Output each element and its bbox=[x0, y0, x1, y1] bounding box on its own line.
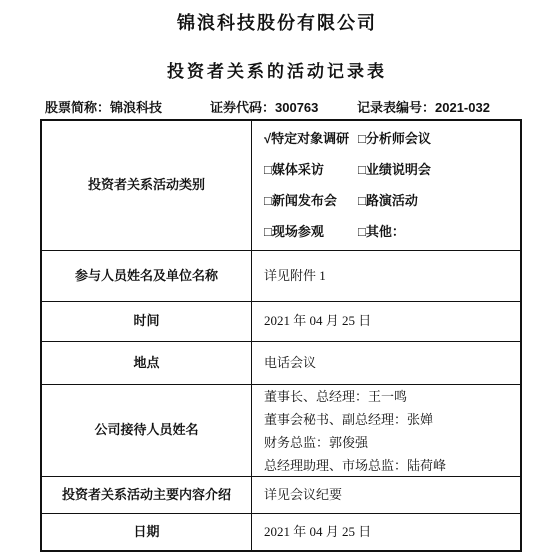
company-title: 锦浪科技股份有限公司 bbox=[0, 9, 554, 35]
checkbox-unchecked-mark: □ bbox=[264, 191, 272, 211]
row-date: 日期 2021 年 04 月 25 日 bbox=[42, 514, 520, 550]
stock-name: 股票简称：锦浪科技 bbox=[45, 97, 162, 116]
row-value: 董事长、总经理：王一鸣 董事会秘书、副总经理：张婵 财务总监：郭俊强 总经理助理… bbox=[252, 385, 520, 476]
checkbox-unchecked-mark: □ bbox=[264, 160, 272, 180]
row-label: 公司接待人员姓名 bbox=[42, 385, 252, 476]
checkbox-option-label: 其他： bbox=[366, 222, 405, 242]
record-number-value: 2021-032 bbox=[435, 100, 490, 115]
checkbox-unchecked-mark: □ bbox=[358, 160, 366, 180]
checkbox-unchecked-mark: □ bbox=[358, 222, 366, 242]
checkbox-line: □新闻发布会 □路演活动 bbox=[264, 186, 512, 217]
row-label: 投资者关系活动主要内容介绍 bbox=[42, 477, 252, 513]
row-activity-type: 投资者关系活动类别 √特定对象调研 □分析师会议 □媒体采访 □业绩说明会 □新… bbox=[42, 121, 520, 251]
checkbox-option-label: 新闻发布会 bbox=[272, 191, 337, 211]
row-label: 参与人员姓名及单位名称 bbox=[42, 251, 252, 301]
participants-value: 详见附件 1 bbox=[264, 266, 512, 286]
checkbox-option: □媒体采访 bbox=[264, 160, 358, 180]
checkbox-option: □路演活动 bbox=[358, 191, 418, 211]
row-label: 时间 bbox=[42, 302, 252, 341]
checkbox-option-label: 特定对象调研 bbox=[271, 129, 349, 149]
checkbox-unchecked-mark: □ bbox=[264, 222, 272, 242]
document-page: 锦浪科技股份有限公司 投资者关系的活动记录表 股票简称：锦浪科技 证券代码：30… bbox=[0, 0, 554, 558]
reception-person: 董事长、总经理：王一鸣 bbox=[264, 385, 512, 408]
checkbox-option: □分析师会议 bbox=[358, 129, 431, 149]
doc-title: 投资者关系的活动记录表 bbox=[0, 57, 554, 82]
time-value: 2021 年 04 月 25 日 bbox=[264, 311, 512, 331]
checkbox-line: □媒体采访 □业绩说明会 bbox=[264, 155, 512, 186]
checkbox-option-label: 媒体采访 bbox=[272, 160, 324, 180]
checkbox-option: √特定对象调研 bbox=[264, 129, 358, 149]
stock-name-value: 锦浪科技 bbox=[110, 100, 162, 115]
date-value: 2021 年 04 月 25 日 bbox=[264, 522, 512, 542]
checkbox-option-label: 路演活动 bbox=[366, 191, 418, 211]
stock-name-label: 股票简称： bbox=[45, 100, 110, 115]
row-value: 详见会议纪要 bbox=[252, 477, 520, 513]
checkbox-unchecked-mark: □ bbox=[358, 191, 366, 211]
reception-person: 财务总监：郭俊强 bbox=[264, 431, 512, 454]
row-value: 2021 年 04 月 25 日 bbox=[252, 514, 520, 550]
checkbox-checked-mark: √ bbox=[264, 129, 271, 149]
reception-person: 总经理助理、市场总监：陆荷峰 bbox=[264, 454, 512, 477]
checkbox-option-label: 业绩说明会 bbox=[366, 160, 431, 180]
checkbox-option-label: 现场参观 bbox=[272, 222, 324, 242]
meta-line: 股票简称：锦浪科技 证券代码：300763 记录表编号：2021-032 bbox=[0, 97, 554, 114]
row-place: 地点 电话会议 bbox=[42, 342, 520, 385]
checkbox-line: □现场参观 □其他： bbox=[264, 217, 512, 248]
reception-person: 董事会秘书、副总经理：张婵 bbox=[264, 408, 512, 431]
checkbox-option: □其他： bbox=[358, 222, 405, 242]
stock-code-label: 证券代码： bbox=[210, 100, 275, 115]
record-number: 记录表编号：2021-032 bbox=[357, 97, 490, 116]
row-time: 时间 2021 年 04 月 25 日 bbox=[42, 302, 520, 342]
place-value: 电话会议 bbox=[264, 353, 512, 373]
checkbox-option: □业绩说明会 bbox=[358, 160, 431, 180]
checkbox-option: □现场参观 bbox=[264, 222, 358, 242]
row-value: √特定对象调研 □分析师会议 □媒体采访 □业绩说明会 □新闻发布会 □路演活动… bbox=[252, 121, 520, 250]
stock-code-value: 300763 bbox=[275, 100, 318, 115]
row-reception-personnel: 公司接待人员姓名 董事长、总经理：王一鸣 董事会秘书、副总经理：张婵 财务总监：… bbox=[42, 385, 520, 477]
record-number-label: 记录表编号： bbox=[357, 100, 435, 115]
record-table: 投资者关系活动类别 √特定对象调研 □分析师会议 □媒体采访 □业绩说明会 □新… bbox=[40, 119, 522, 552]
row-value: 详见附件 1 bbox=[252, 251, 520, 301]
stock-code: 证券代码：300763 bbox=[210, 97, 318, 116]
row-value: 电话会议 bbox=[252, 342, 520, 384]
checkbox-option: □新闻发布会 bbox=[264, 191, 358, 211]
row-content-intro: 投资者关系活动主要内容介绍 详见会议纪要 bbox=[42, 477, 520, 514]
row-label: 投资者关系活动类别 bbox=[42, 121, 252, 250]
checkbox-unchecked-mark: □ bbox=[358, 129, 366, 149]
row-label: 地点 bbox=[42, 342, 252, 384]
row-participants: 参与人员姓名及单位名称 详见附件 1 bbox=[42, 251, 520, 302]
checkbox-line: √特定对象调研 □分析师会议 bbox=[264, 124, 512, 155]
checkbox-option-label: 分析师会议 bbox=[366, 129, 431, 149]
content-value: 详见会议纪要 bbox=[264, 485, 512, 505]
row-value: 2021 年 04 月 25 日 bbox=[252, 302, 520, 341]
row-label: 日期 bbox=[42, 514, 252, 550]
